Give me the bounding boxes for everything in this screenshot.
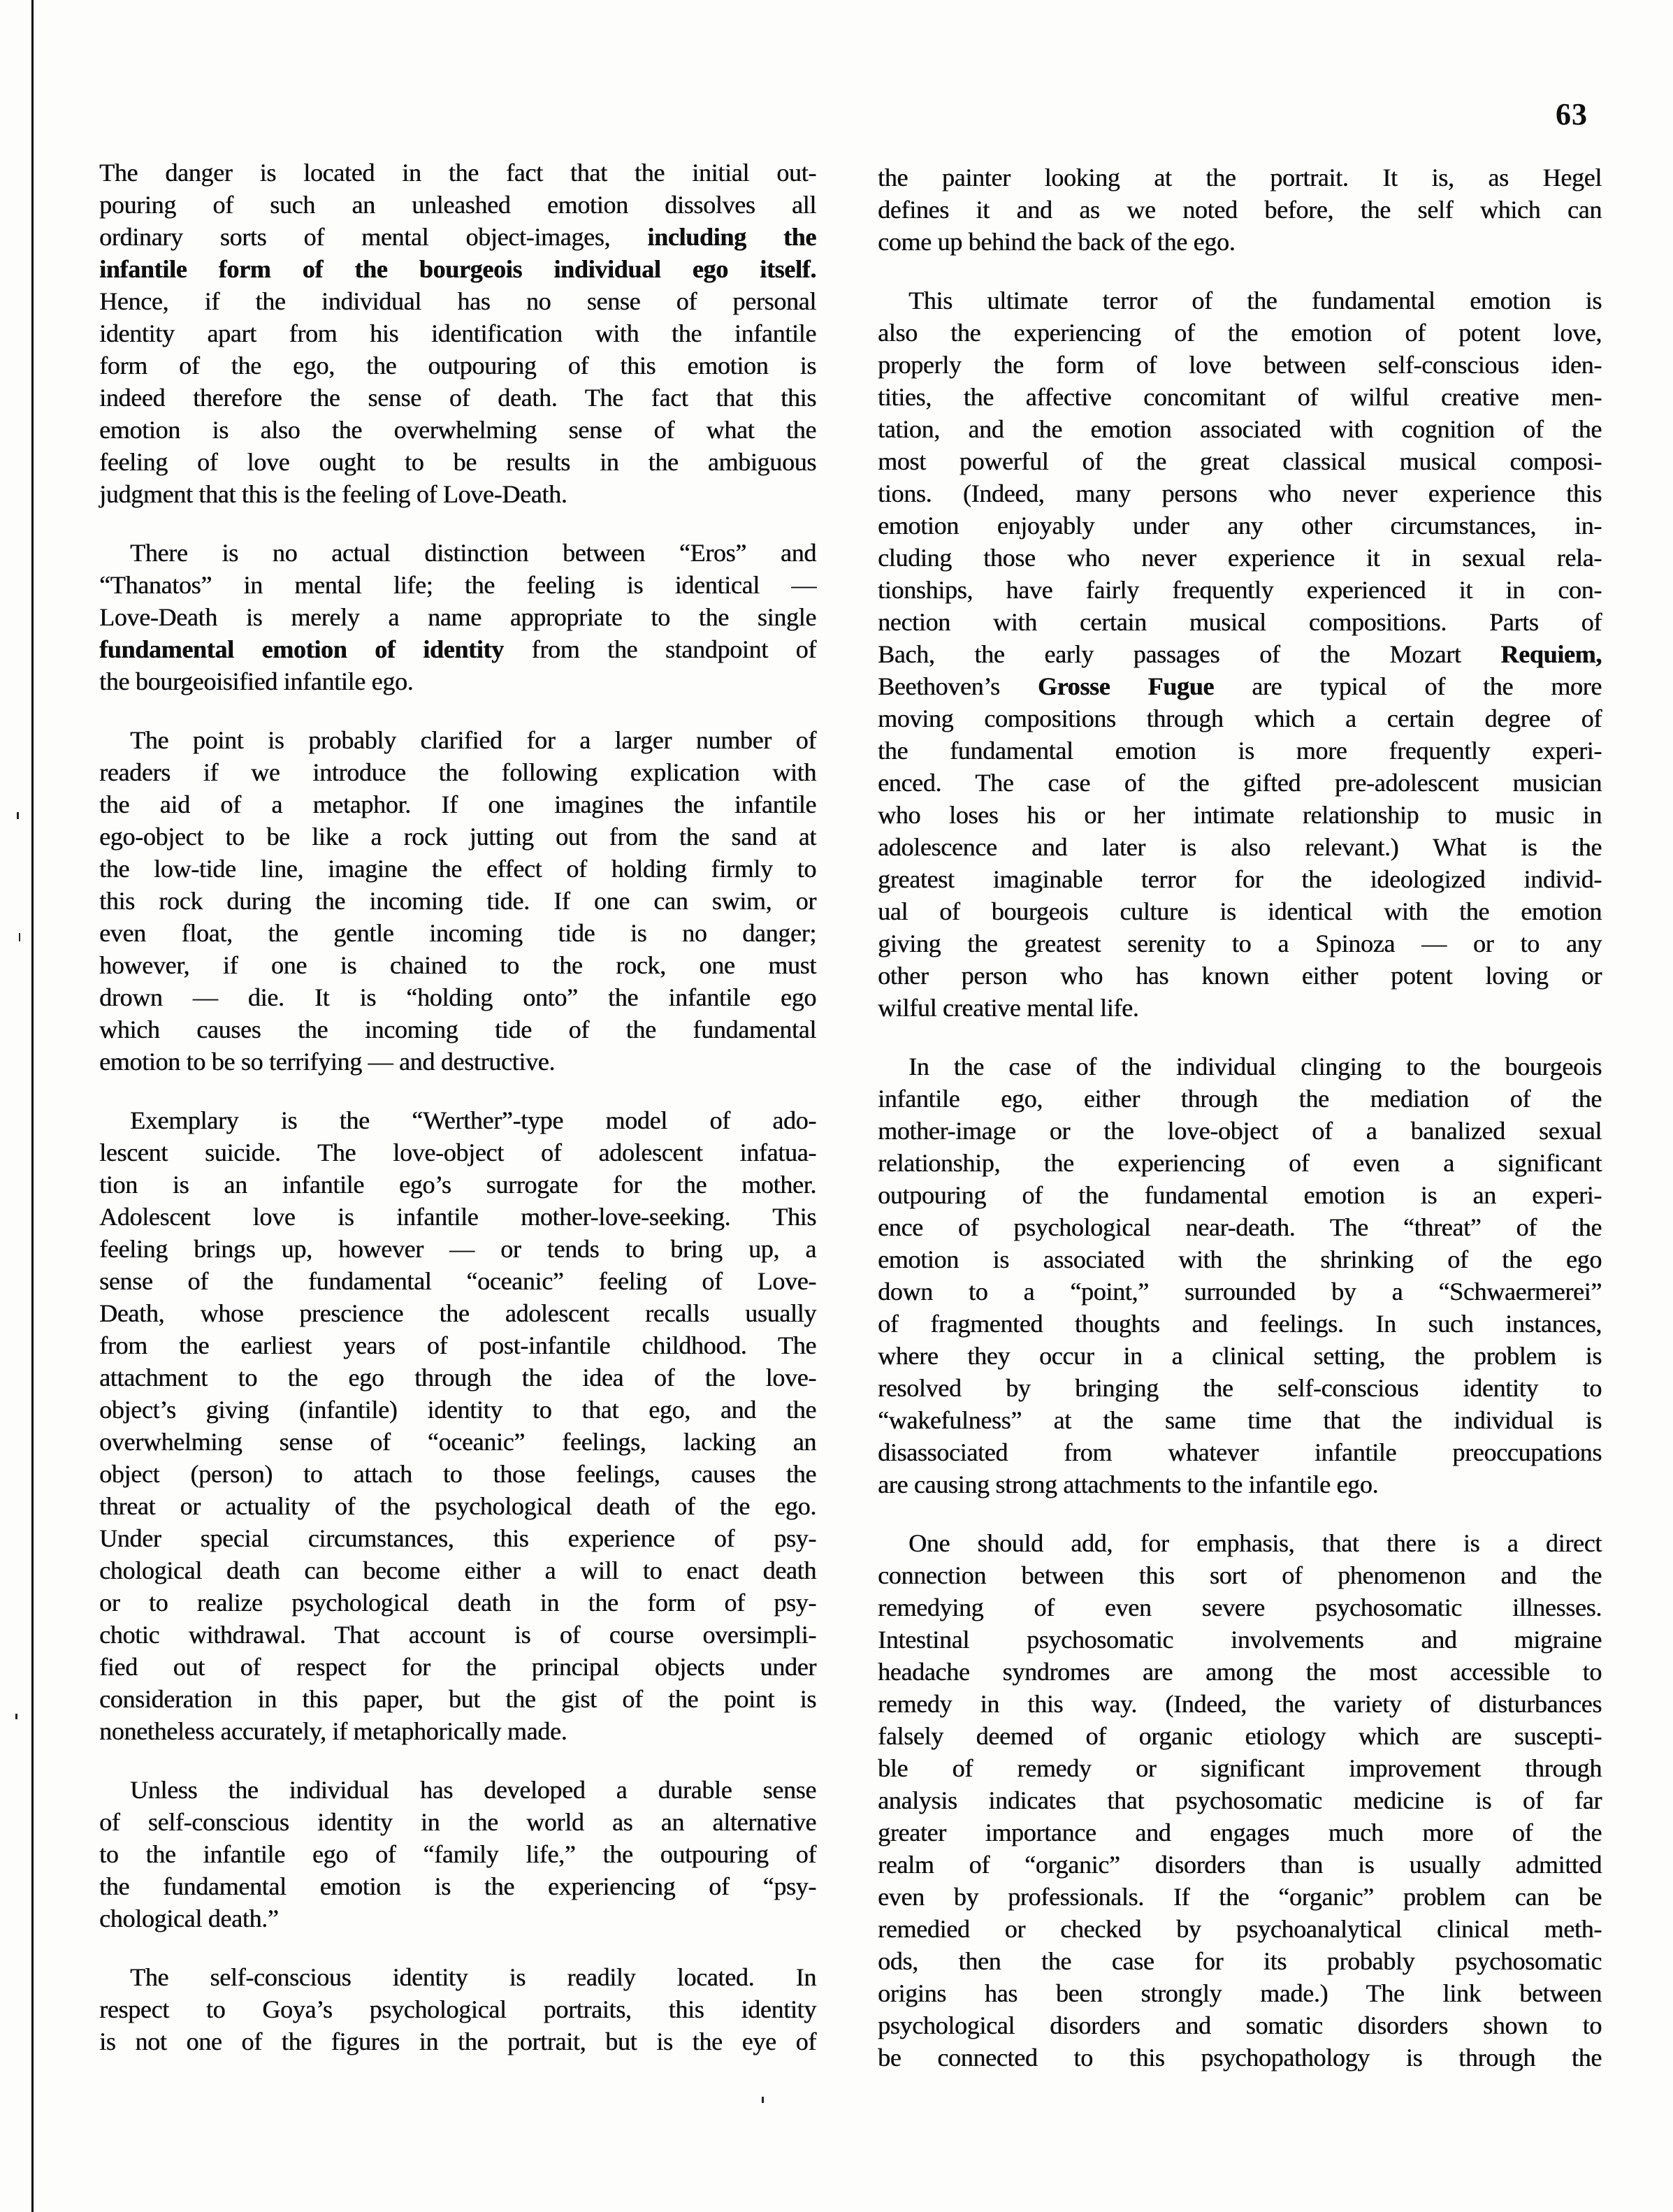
text-line: Hence, if the individual has no sense of… xyxy=(99,285,816,317)
text-line: identity apart from his identification w… xyxy=(99,317,816,349)
text-line: Bach, the early passages of the Mozart R… xyxy=(878,638,1602,670)
text-line: consideration in this paper, but the gis… xyxy=(99,1683,816,1715)
text-line: the painter looking at the portrait. It … xyxy=(878,161,1602,194)
text-line: Intestinal psychosomatic involvements an… xyxy=(878,1624,1602,1656)
text-line: outpouring of the fundamental emotion is… xyxy=(878,1179,1602,1211)
text-line: The danger is located in the fact that t… xyxy=(99,157,816,189)
text-line: are causing strong attachments to the in… xyxy=(878,1468,1602,1501)
text-line: infantile ego, either through the mediat… xyxy=(878,1083,1602,1115)
text-line: relationship, the experiencing of even a… xyxy=(878,1147,1602,1179)
text-line: emotion enjoyably under any other circum… xyxy=(878,509,1602,542)
text-line: of self-conscious identity in the world … xyxy=(99,1806,816,1838)
text-line: Adolescent love is infantile mother-love… xyxy=(99,1201,816,1233)
text-line: chological death.” xyxy=(99,1902,816,1935)
text-line: is not one of the figures in the portrai… xyxy=(99,2025,816,2058)
text-line: ual of bourgeois culture is identical wi… xyxy=(878,895,1602,927)
text-line: from the earliest years of post-infantil… xyxy=(99,1329,816,1361)
text-line: greater importance and engages much more… xyxy=(878,1816,1602,1849)
text-line: the low-tide line, imagine the effect of… xyxy=(99,853,816,885)
book-page: 63 The danger is located in the fact tha… xyxy=(0,0,1673,2212)
text-line: most powerful of the great classical mus… xyxy=(878,445,1602,477)
text-line: the fundamental emotion is more frequent… xyxy=(878,735,1602,767)
paragraph: In the case of the individual clinging t… xyxy=(878,1050,1602,1501)
text-line: tionships, have fairly frequently experi… xyxy=(878,574,1602,606)
text-line: chotic withdrawal. That account is of co… xyxy=(99,1619,816,1651)
text-line: feeling brings up, however — or tends to… xyxy=(99,1233,816,1265)
left-margin-rule xyxy=(31,0,34,2212)
text-line: also the experiencing of the emotion of … xyxy=(878,317,1602,349)
text-line: indeed therefore the sense of death. The… xyxy=(99,382,816,414)
text-line: where they occur in a clinical setting, … xyxy=(878,1340,1602,1372)
text-line: ods, then the case for its probably psyc… xyxy=(878,1945,1602,1977)
text-line: who loses his or her intimate relationsh… xyxy=(878,799,1602,831)
text-line: remedying of even severe psychosomatic i… xyxy=(878,1591,1602,1624)
text-line: analysis indicates that psychosomatic me… xyxy=(878,1784,1602,1816)
paragraph: Unless the individual has developed a du… xyxy=(99,1774,816,1935)
text-line: headache syndromes are among the most ac… xyxy=(878,1656,1602,1688)
text-line: nonetheless accurately, if metaphoricall… xyxy=(99,1715,816,1747)
text-line: emotion is associated with the shrinking… xyxy=(878,1243,1602,1275)
text-line: of fragmented thoughts and feelings. In … xyxy=(878,1308,1602,1340)
paragraph: the painter looking at the portrait. It … xyxy=(878,161,1602,258)
text-line: which causes the incoming tide of the fu… xyxy=(99,1013,816,1046)
scan-speck xyxy=(19,933,20,941)
text-line: ordinary sorts of mental object-images, … xyxy=(99,221,816,253)
text-line: Love-Death is merely a name appropriate … xyxy=(99,601,816,633)
text-line: cluding those who never experience it in… xyxy=(878,542,1602,574)
paragraph: The danger is located in the fact that t… xyxy=(99,157,816,510)
text-line: wilful creative mental life. xyxy=(878,992,1602,1024)
text-line: or to realize psychological death in the… xyxy=(99,1586,816,1619)
text-line: attachment to the ego through the idea o… xyxy=(99,1361,816,1394)
text-line: pouring of such an unleashed emotion dis… xyxy=(99,189,816,221)
text-line: respect to Goya’s psychological portrait… xyxy=(99,1993,816,2025)
paragraph: The self-conscious identity is readily l… xyxy=(99,1961,816,2058)
paragraph: One should add, for emphasis, that there… xyxy=(878,1527,1602,2074)
paragraph: There is no actual distinction between “… xyxy=(99,537,816,697)
paragraph: The point is probably clarified for a la… xyxy=(99,724,816,1078)
text-line: mother-image or the love-object of a ban… xyxy=(878,1115,1602,1147)
text-line: properly the form of love between self-c… xyxy=(878,349,1602,381)
text-line: psychological disorders and somatic diso… xyxy=(878,2009,1602,2041)
text-line: emotion is also the overwhelming sense o… xyxy=(99,414,816,446)
text-line: readers if we introduce the following ex… xyxy=(99,756,816,788)
text-line: The self-conscious identity is readily l… xyxy=(99,1961,816,1993)
text-line: Beethoven’s Grosse Fugue are typical of … xyxy=(878,670,1602,702)
text-line: the fundamental emotion is the experienc… xyxy=(99,1870,816,1902)
text-line: remedy in this way. (Indeed, the variety… xyxy=(878,1688,1602,1720)
page-number: 63 xyxy=(1556,96,1588,132)
text-line: tions. (Indeed, many persons who never e… xyxy=(878,477,1602,509)
text-line: “wakefulness” at the same time that the … xyxy=(878,1404,1602,1436)
text-line: threat or actuality of the psychological… xyxy=(99,1490,816,1522)
text-line: emotion to be so terrifying — and destru… xyxy=(99,1046,816,1078)
text-line: infantile form of the bourgeois individu… xyxy=(99,253,816,285)
text-line: object’s giving (infantile) identity to … xyxy=(99,1394,816,1426)
text-line: judgment that this is the feeling of Lov… xyxy=(99,478,816,510)
text-line: Unless the individual has developed a du… xyxy=(99,1774,816,1806)
text-line: nection with certain musical composition… xyxy=(878,606,1602,638)
paragraph: Exemplary is the “Werther”-type model of… xyxy=(99,1104,816,1747)
text-line: This ultimate terror of the fundamental … xyxy=(878,284,1602,317)
paragraph: This ultimate terror of the fundamental … xyxy=(878,284,1602,1024)
text-line: defines it and as we noted before, the s… xyxy=(878,194,1602,226)
text-line: adolescence and later is also relevant.)… xyxy=(878,831,1602,863)
text-line: this rock during the incoming tide. If o… xyxy=(99,885,816,917)
text-line: falsely deemed of organic etiology which… xyxy=(878,1720,1602,1752)
text-line: come up behind the back of the ego. xyxy=(878,226,1602,258)
text-line: even by professionals. If the “organic” … xyxy=(878,1881,1602,1913)
text-line: fundamental emotion of identity from the… xyxy=(99,633,816,665)
right-text-column: the painter looking at the portrait. It … xyxy=(878,161,1602,2074)
text-line: “Thanatos” in mental life; the feeling i… xyxy=(99,569,816,601)
text-line: disassociated from whatever infantile pr… xyxy=(878,1436,1602,1468)
text-line: The point is probably clarified for a la… xyxy=(99,724,816,756)
text-line: drown — die. It is “holding onto” the in… xyxy=(99,981,816,1013)
text-line: down to a “point,” surrounded by a “Schw… xyxy=(878,1275,1602,1308)
text-line: giving the greatest serenity to a Spinoz… xyxy=(878,927,1602,960)
text-line: Exemplary is the “Werther”-type model of… xyxy=(99,1104,816,1136)
text-line: however, if one is chained to the rock, … xyxy=(99,949,816,981)
text-line: the aid of a metaphor. If one imagines t… xyxy=(99,788,816,821)
text-line: form of the ego, the outpouring of this … xyxy=(99,349,816,382)
text-line: In the case of the individual clinging t… xyxy=(878,1050,1602,1083)
scan-speck xyxy=(17,812,19,819)
text-line: connection between this sort of phenomen… xyxy=(878,1559,1602,1591)
text-line: There is no actual distinction between “… xyxy=(99,537,816,569)
text-line: even float, the gentle incoming tide is … xyxy=(99,917,816,949)
text-line: object (person) to attach to those feeli… xyxy=(99,1458,816,1490)
text-line: to the infantile ego of “family life,” t… xyxy=(99,1838,816,1870)
text-line: ego-object to be like a rock jutting out… xyxy=(99,821,816,853)
text-line: the bourgeoisified infantile ego. xyxy=(99,665,816,697)
text-line: Death, whose prescience the adolescent r… xyxy=(99,1297,816,1329)
text-line: Under special circumstances, this experi… xyxy=(99,1522,816,1554)
text-line: other person who has known either potent… xyxy=(878,960,1602,992)
text-line: overwhelming sense of “oceanic” feelings… xyxy=(99,1426,816,1458)
text-line: sense of the fundamental “oceanic” feeli… xyxy=(99,1265,816,1297)
text-line: greatest imaginable terror for the ideol… xyxy=(878,863,1602,895)
text-line: tion is an infantile ego’s surrogate for… xyxy=(99,1169,816,1201)
left-text-column: The danger is located in the fact that t… xyxy=(99,157,816,2058)
text-line: tities, the affective concomitant of wil… xyxy=(878,381,1602,413)
text-line: lescent suicide. The love-object of adol… xyxy=(99,1136,816,1169)
text-line: enced. The case of the gifted pre-adoles… xyxy=(878,767,1602,799)
text-line: ble of remedy or significant improvement… xyxy=(878,1752,1602,1784)
scan-speck xyxy=(762,2097,764,2103)
text-line: remedied or checked by psychoanalytical … xyxy=(878,1913,1602,1945)
text-line: chological death can become either a wil… xyxy=(99,1554,816,1586)
text-line: ence of psychological near-death. The “t… xyxy=(878,1211,1602,1243)
scan-speck xyxy=(15,1714,17,1719)
text-line: tation, and the emotion associated with … xyxy=(878,413,1602,445)
text-line: realm of “organic” disorders than is usu… xyxy=(878,1849,1602,1881)
text-line: One should add, for emphasis, that there… xyxy=(878,1527,1602,1559)
text-line: be connected to this psychopathology is … xyxy=(878,2041,1602,2074)
text-line: origins has been strongly made.) The lin… xyxy=(878,1977,1602,2009)
text-line: fied out of respect for the principal ob… xyxy=(99,1651,816,1683)
text-line: feeling of love ought to be results in t… xyxy=(99,446,816,478)
text-line: resolved by bringing the self-conscious … xyxy=(878,1372,1602,1404)
text-line: moving compositions through which a cert… xyxy=(878,702,1602,735)
